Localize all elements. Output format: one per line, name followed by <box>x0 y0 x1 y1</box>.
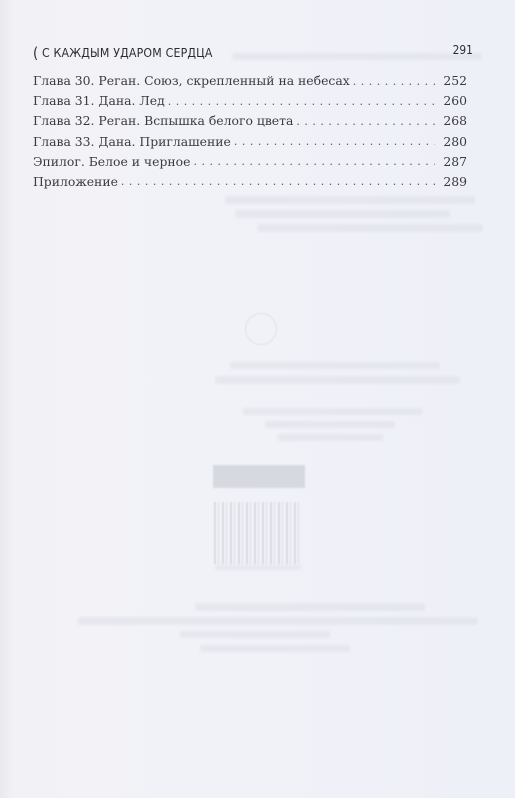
dot-leader <box>193 155 435 168</box>
toc-entry[interactable]: Глава 32. Реган. Вспышка белого цвета 26… <box>33 113 467 133</box>
toc-entry-title: Глава 33. Дана. Приглашение <box>33 134 234 149</box>
toc-entry-title: Глава 32. Реган. Вспышка белого цвета <box>33 113 296 128</box>
toc-entry-page: 252 <box>435 73 467 88</box>
running-title-text: С каждым ударом сердца <box>42 45 213 60</box>
toc-entry[interactable]: Глава 30. Реган. Союз, скрепленный на не… <box>33 73 467 93</box>
toc-entry-page: 287 <box>435 154 467 169</box>
toc-entry[interactable]: Приложение 289 <box>33 174 467 194</box>
dot-leader <box>234 135 435 148</box>
toc-entry-page: 260 <box>435 93 467 108</box>
toc-entry-title: Эпилог. Белое и черное <box>33 154 193 169</box>
page-number: 291 <box>453 42 473 57</box>
book-page: ( С каждым ударом сердца 291 Глава 30. Р… <box>0 0 515 798</box>
toc-entry[interactable]: Эпилог. Белое и черное 287 <box>33 154 467 174</box>
toc-entry-page: 289 <box>435 174 467 189</box>
toc-entry-page: 280 <box>435 134 467 149</box>
dot-leader <box>121 175 435 188</box>
running-title: ( С каждым ударом сердца <box>33 43 213 61</box>
dot-leader <box>353 75 435 88</box>
toc-entry-title: Приложение <box>33 174 121 189</box>
dot-leader <box>296 115 435 128</box>
running-header: ( С каждым ударом сердца 291 <box>33 40 473 64</box>
dot-leader <box>168 95 435 108</box>
toc-entry-page: 268 <box>435 113 467 128</box>
toc-entry-title: Глава 30. Реган. Союз, скрепленный на не… <box>33 73 353 88</box>
toc-entry[interactable]: Глава 31. Дана. Лед 260 <box>33 93 467 113</box>
toc-entry[interactable]: Глава 33. Дана. Приглашение 280 <box>33 134 467 154</box>
bracket-ornament-icon: ( <box>33 44 38 62</box>
table-of-contents: Глава 30. Реган. Союз, скрепленный на не… <box>33 73 467 194</box>
toc-entry-title: Глава 31. Дана. Лед <box>33 93 168 108</box>
